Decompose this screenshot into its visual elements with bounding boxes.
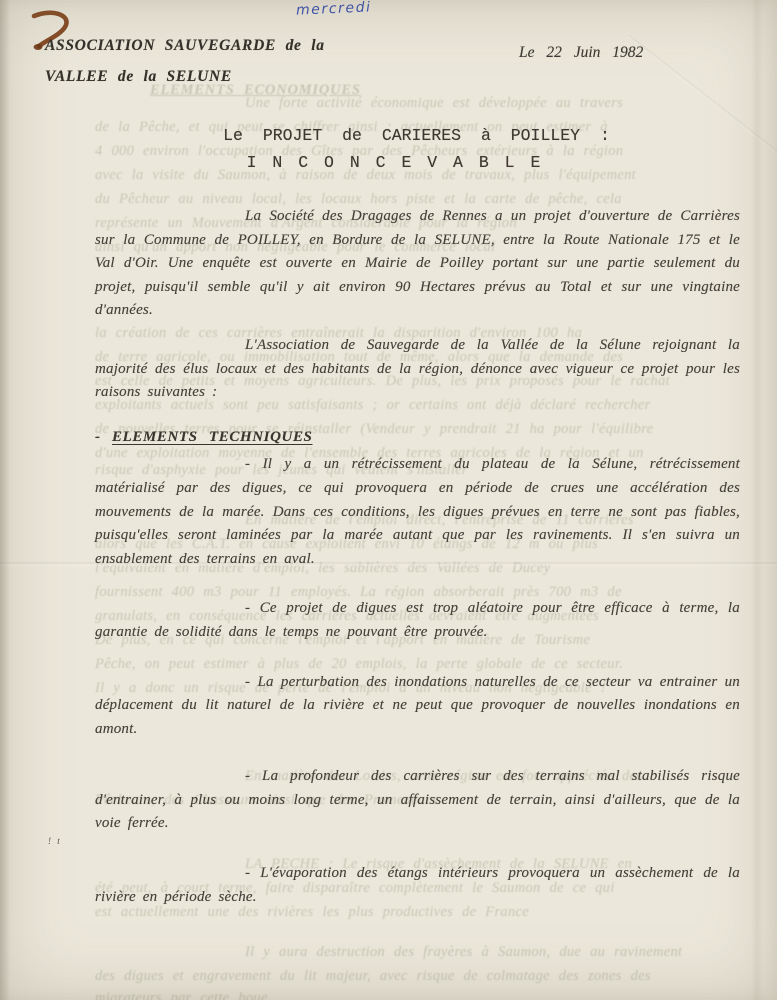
letterhead-line2: VALLEE de la SELUNE	[45, 61, 325, 92]
bleedthrough-line: Une forte activité économique est dévelo…	[245, 95, 623, 112]
bullet-paragraph: - La profondeur des carrières sur des te…	[95, 765, 740, 836]
intro-paragraph: La Société des Dragages de Rennes a un p…	[95, 205, 740, 323]
intro-paragraphs: La Société des Dragages de Rennes a un p…	[95, 205, 740, 405]
document-title-line2: I N C O N C E V A B L E	[6, 153, 777, 172]
date-line: Le 22 Juin 1982	[519, 44, 643, 62]
bleedthrough-line: des digues et engravement du lit majeur,…	[95, 968, 651, 985]
letter-body: La Société des Dragages de Rennes a un p…	[95, 205, 740, 909]
scanned-letter-page: ELEMENTS ECONOMIQUES Une forte activité …	[0, 0, 777, 1000]
section-heading-dash: -	[95, 429, 101, 445]
bleedthrough-line: Il y aura destruction des frayères à Sau…	[245, 944, 682, 961]
document-title-line1: Le PROJET de CARIERES à POILLEY :	[28, 126, 777, 145]
bullet-paragraphs: - Il y a un rétrécissement du plateau de…	[95, 453, 740, 909]
margin-mark: ! t	[48, 836, 62, 846]
letterhead: ASSOCIATION SAUVEGARDE de la VALLEE de l…	[45, 30, 325, 92]
bullet-paragraph: - Ce projet de digues est trop aléatoire…	[95, 597, 740, 644]
page-left-edge-shadow	[0, 0, 10, 1000]
bleedthrough-line: migrateurs par cette boue.	[95, 990, 272, 1000]
section-heading: - ELEMENTS TECHNIQUES	[95, 426, 740, 450]
page-right-edge-shadow	[751, 0, 763, 1000]
bullet-paragraph: - Il y a un rétrécissement du plateau de…	[95, 453, 740, 571]
letterhead-line1: ASSOCIATION SAUVEGARDE de la	[45, 30, 325, 61]
section-heading-label: ELEMENTS TECHNIQUES	[112, 429, 313, 445]
intro-paragraph: L'Association de Sauvegarde de la Vallée…	[95, 334, 740, 405]
bullet-paragraph: - L'évaporation des étangs intérieurs pr…	[95, 862, 740, 909]
bullet-paragraph: - La perturbation des inondations nature…	[95, 671, 740, 742]
